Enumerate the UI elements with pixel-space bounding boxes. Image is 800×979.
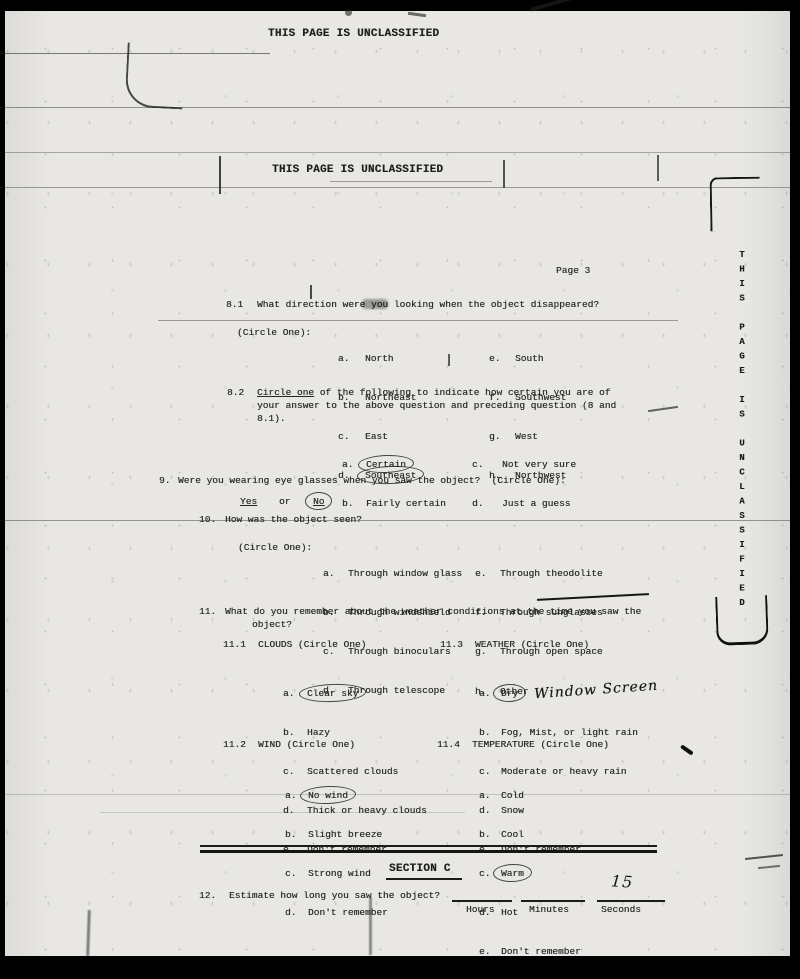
option-letter: e. xyxy=(479,945,501,958)
option-label: Cool xyxy=(501,829,524,840)
option-letter: b. xyxy=(479,828,501,841)
seconds-label: Seconds xyxy=(601,903,641,916)
q11-number: 11. xyxy=(199,605,216,618)
option-label: Hot xyxy=(501,907,518,918)
option-letter: a. xyxy=(479,789,501,802)
scan-line xyxy=(0,187,790,188)
q8-2-line2: your answer to the above question and pr… xyxy=(257,399,616,412)
scan-mark xyxy=(530,0,571,12)
header-underline xyxy=(330,181,492,182)
option-letter: b. xyxy=(342,497,366,510)
handwritten-seconds-value: 15 xyxy=(610,871,634,892)
option-label: Don't remember xyxy=(308,907,388,918)
option-label: Through window glass xyxy=(348,568,462,579)
q10-circle-label: (Circle One): xyxy=(238,541,312,554)
q11-1-title: CLOUDS (Circle One) xyxy=(258,638,366,651)
q11-2-options: a.No wind b.Slight breeze c.Strong wind … xyxy=(285,763,388,945)
q9-conjunction: or xyxy=(279,495,290,508)
option-row: a.North xyxy=(338,352,416,365)
option-letter: d. xyxy=(285,906,308,919)
scan-line xyxy=(0,107,790,108)
option-letter: c. xyxy=(472,458,502,471)
section-rule-bottom xyxy=(200,850,657,853)
option-letter: e. xyxy=(475,567,500,580)
option-letter: a. xyxy=(338,352,365,365)
q8-2-line1-underlined: Circle one xyxy=(257,387,314,398)
q8-1-question: What direction were you looking when the… xyxy=(257,298,599,311)
scan-mark xyxy=(124,43,185,110)
option-row: c.Warm xyxy=(479,867,581,880)
ink-smudge xyxy=(362,299,388,309)
q10-number: 10. xyxy=(199,513,216,526)
option-label: Cold xyxy=(501,790,524,801)
option-label-circled: Dry xyxy=(501,687,518,700)
q9-answer-no: No xyxy=(313,495,324,508)
classification-header-top: THIS PAGE IS UNCLASSIFIED xyxy=(268,28,439,41)
q11-4-title: TEMPERATURE (Circle One) xyxy=(472,738,609,751)
q11-2-title: WIND (Circle One) xyxy=(258,738,355,751)
q11-4-id: 11.4 xyxy=(437,738,460,751)
q8-1-number: 8.1 xyxy=(226,298,243,311)
scan-line xyxy=(0,152,790,153)
q12-number: 12. xyxy=(199,889,216,902)
q8-2-number: 8.2 xyxy=(227,386,244,399)
option-label: South xyxy=(515,353,544,364)
hours-blank-line xyxy=(452,900,512,902)
option-label: Just a guess xyxy=(502,498,570,509)
q9-answer-no-circled: No xyxy=(313,495,324,508)
scan-mark xyxy=(657,155,659,181)
option-label: Don't remember xyxy=(501,946,581,957)
option-row: e.Don't remember xyxy=(479,945,581,958)
q11-line2: object? xyxy=(252,618,292,631)
page-number: Page 3 xyxy=(556,264,590,277)
scan-mark xyxy=(219,156,221,194)
classification-header-mid: THIS PAGE IS UNCLASSIFIED xyxy=(272,164,443,177)
minutes-blank-line xyxy=(521,900,585,902)
section-c-title: SECTION C xyxy=(389,863,451,876)
q9-number: 9. xyxy=(159,474,170,487)
option-row: a.Cold xyxy=(479,789,581,802)
option-row: a.Certain xyxy=(342,458,446,471)
q10-question: How was the object seen? xyxy=(225,513,362,526)
q11-2-id: 11.2 xyxy=(223,738,246,751)
option-row: a.Dry xyxy=(479,687,638,700)
option-label-circled: Certain xyxy=(366,458,406,471)
option-row: c.Not very sure xyxy=(472,458,576,471)
q11-4-options: a.Cold b.Cool c.Warm d.Hot e.Don't remem… xyxy=(479,763,581,979)
option-letter: e. xyxy=(489,352,515,365)
scan-mark xyxy=(448,354,450,366)
q8-2-line3: 8.1). xyxy=(257,412,286,425)
q8-2-line1: Circle one of the following to indicate … xyxy=(257,386,610,399)
q11-3-title: WEATHER (Circle One) xyxy=(475,638,589,651)
option-row: e.Through theodolite xyxy=(475,567,658,580)
seconds-blank-line xyxy=(597,900,665,902)
option-label: Strong wind xyxy=(308,868,371,879)
option-row: b.Fairly certain xyxy=(342,497,446,510)
option-label-circled: No wind xyxy=(308,789,348,802)
scanned-document-page: THIS PAGE IS UNCLASSIFIED THIS PAGE IS U… xyxy=(0,0,800,979)
option-letter: b. xyxy=(285,828,308,841)
option-label: Fairly certain xyxy=(366,498,446,509)
q8-2-line1-rest: of the following to indicate how certain… xyxy=(314,387,610,398)
section-c-underline xyxy=(386,878,462,880)
q9-question: Were you wearing eye glasses when you sa… xyxy=(178,474,566,487)
option-row: a.Clear sky xyxy=(283,687,427,700)
option-label: Hazy xyxy=(307,727,330,738)
scan-mark xyxy=(310,285,312,299)
option-row: a.No wind xyxy=(285,789,388,802)
option-letter: c. xyxy=(285,867,308,880)
q11-1-id: 11.1 xyxy=(223,638,246,651)
option-label: Through theodolite xyxy=(500,568,603,579)
option-label: North xyxy=(365,353,394,364)
option-row: d.Just a guess xyxy=(472,497,576,510)
q12-question: Estimate how long you saw the object? xyxy=(229,889,440,902)
q11-line1: What do you remember about the weather c… xyxy=(225,605,641,618)
option-label: Fog, Mist, or light rain xyxy=(501,727,638,738)
option-row: d.Don't remember xyxy=(285,906,388,919)
option-row: b.Cool xyxy=(479,828,581,841)
margin-bracket-top xyxy=(710,177,761,232)
option-label-circled: Warm xyxy=(501,867,524,880)
option-row: a.Through window glass xyxy=(323,567,462,580)
option-row: e.South xyxy=(489,352,566,365)
q11-3-id: 11.3 xyxy=(440,638,463,651)
classification-margin-vertical: THIS PAGE IS UNCLASSIFIED xyxy=(737,250,747,613)
scan-mark xyxy=(503,160,505,188)
section-rule-top xyxy=(200,845,657,847)
option-label: Not very sure xyxy=(502,459,576,470)
option-letter: d. xyxy=(472,497,502,510)
minutes-label: Minutes xyxy=(529,903,569,916)
option-label: Slight breeze xyxy=(308,829,382,840)
q9-answer-yes: Yes xyxy=(240,495,257,508)
option-letter: a. xyxy=(323,567,348,580)
q8-1-rule xyxy=(158,320,678,321)
option-row: c.Strong wind xyxy=(285,867,388,880)
scan-mark xyxy=(345,9,352,16)
q8-1-circle-label: (Circle One): xyxy=(237,326,311,339)
hours-label: Hours xyxy=(466,903,495,916)
option-row: b.Slight breeze xyxy=(285,828,388,841)
option-label-circled: Clear sky xyxy=(307,687,358,700)
